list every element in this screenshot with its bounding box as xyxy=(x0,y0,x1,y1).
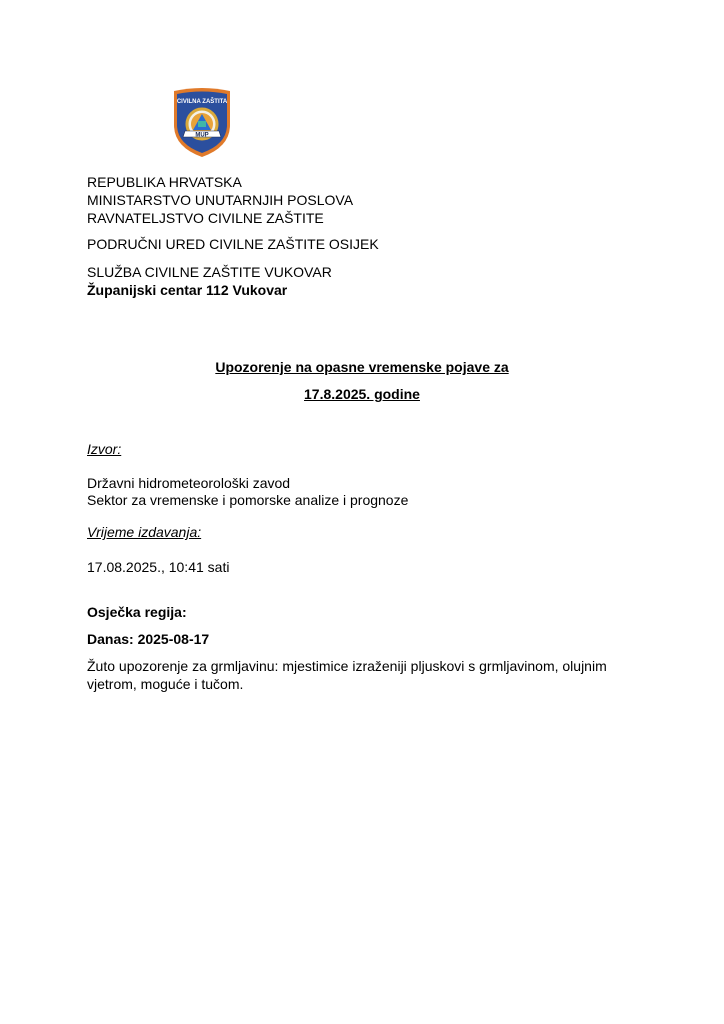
title-line-2: 17.8.2025. godine xyxy=(304,386,420,402)
header-service: SLUŽBA CIVILNE ZAŠTITE VUKOVAR xyxy=(87,264,332,281)
source-sector: Sektor za vremenske i pomorske analize i… xyxy=(87,492,408,509)
svg-text:CIVILNA ZAŠTITA: CIVILNA ZAŠTITA xyxy=(177,97,228,105)
header-center: Županijski centar 112 Vukovar xyxy=(87,282,287,299)
source-institute: Državni hidrometeorološki zavod xyxy=(87,475,290,492)
region-name: Osječka regija: xyxy=(87,604,187,621)
warning-text-line-2: vjetrom, moguće i tučom. xyxy=(87,676,243,693)
title-line-1: Upozorenje na opasne vremenske pojave za xyxy=(215,359,508,375)
document-page: CIVILNA ZAŠTITA MUP REPUBLIKA HRVATSKA M… xyxy=(0,0,724,1024)
svg-text:MUP: MUP xyxy=(195,133,208,139)
civil-protection-shield-icon: CIVILNA ZAŠTITA MUP xyxy=(171,87,233,159)
document-title: Upozorenje na opasne vremenske pojave za xyxy=(0,359,724,376)
header-directorate: RAVNATELJSTVO CIVILNE ZAŠTITE xyxy=(87,210,324,227)
region-date: Danas: 2025-08-17 xyxy=(87,631,209,648)
warning-text-line-1: Žuto upozorenje za grmljavinu: mjestimic… xyxy=(87,658,607,675)
issued-value: 17.08.2025., 10:41 sati xyxy=(87,559,229,576)
issued-label: Vrijeme izdavanja: xyxy=(87,524,201,541)
document-title-date: 17.8.2025. godine xyxy=(0,386,724,403)
source-label: Izvor: xyxy=(87,441,121,458)
header-country: REPUBLIKA HRVATSKA xyxy=(87,174,242,191)
header-regional-office: PODRUČNI URED CIVILNE ZAŠTITE OSIJEK xyxy=(87,236,379,253)
header-ministry: MINISTARSTVO UNUTARNJIH POSLOVA xyxy=(87,192,353,209)
